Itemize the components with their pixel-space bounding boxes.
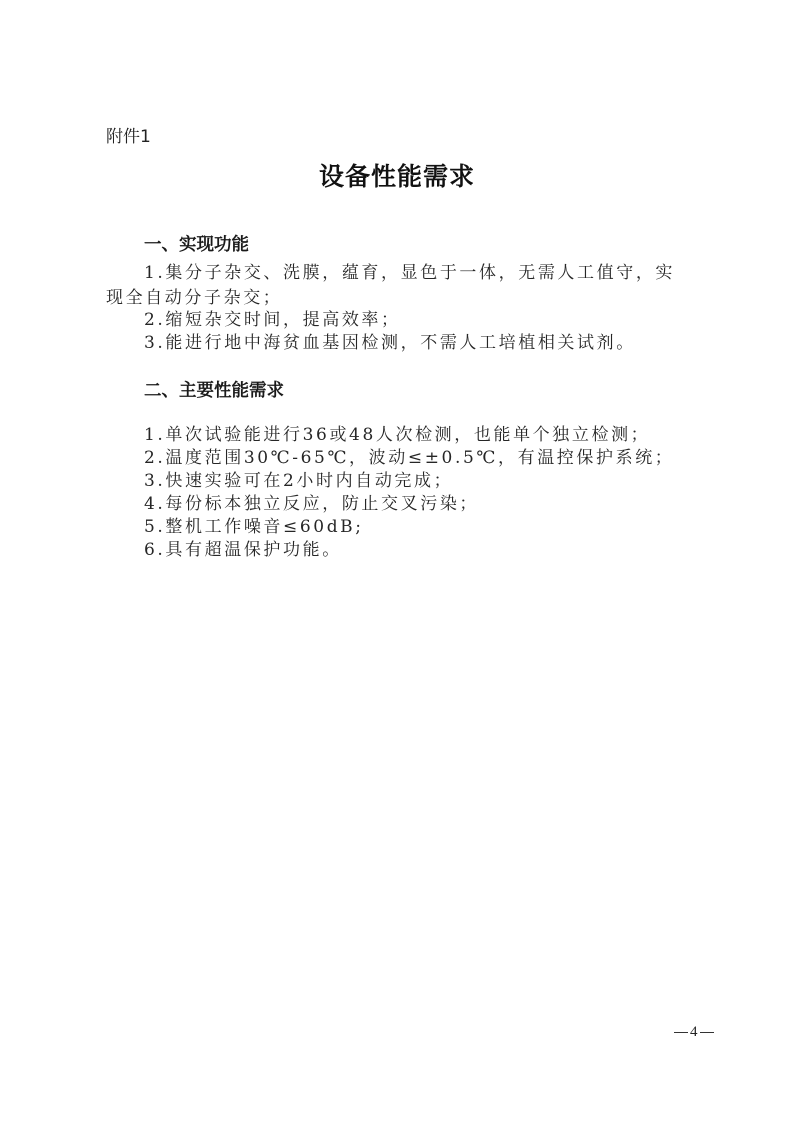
performance-item-5: 5.整机工作噪音≤60dB; (144, 512, 364, 537)
function-item-2: 2.缩短杂交时间，提高效率； (144, 305, 401, 330)
attachment-label: 附件1 (106, 122, 151, 147)
performance-item-3: 3.快速实验可在2小时内自动完成； (144, 466, 453, 491)
performance-item-6: 6.具有超温保护功能。 (144, 535, 342, 560)
document-page: 附件1 设备性能需求 一、实现功能 1.集分子杂交、洗膜，蕴育，显色于一体，无需… (0, 0, 794, 1123)
page-number: 4 (674, 1024, 714, 1041)
page-number-right-dash (700, 1032, 714, 1033)
page-number-left-dash (674, 1032, 688, 1033)
function-item-3: 3.能进行地中海贫血基因检测，不需人工培植相关试剂。 (144, 328, 636, 353)
performance-item-4: 4.每份标本独立反应，防止交叉污染； (144, 489, 479, 514)
performance-item-1: 1.单次试验能进行36或48人次检测，也能单个独立检测； (144, 420, 650, 445)
section-heading-performance: 二、主要性能需求 (144, 377, 284, 402)
function-item-1-line1: 1.集分子杂交、洗膜，蕴育，显色于一体，无需人工值守，实 (144, 258, 675, 283)
document-title: 设备性能需求 (0, 157, 794, 193)
page-number-value: 4 (688, 1024, 700, 1041)
section-heading-functions: 一、实现功能 (144, 231, 249, 256)
performance-item-2: 2.温度范围30℃-65℃，波动≤±0.5℃，有温控保护系统； (144, 443, 674, 468)
